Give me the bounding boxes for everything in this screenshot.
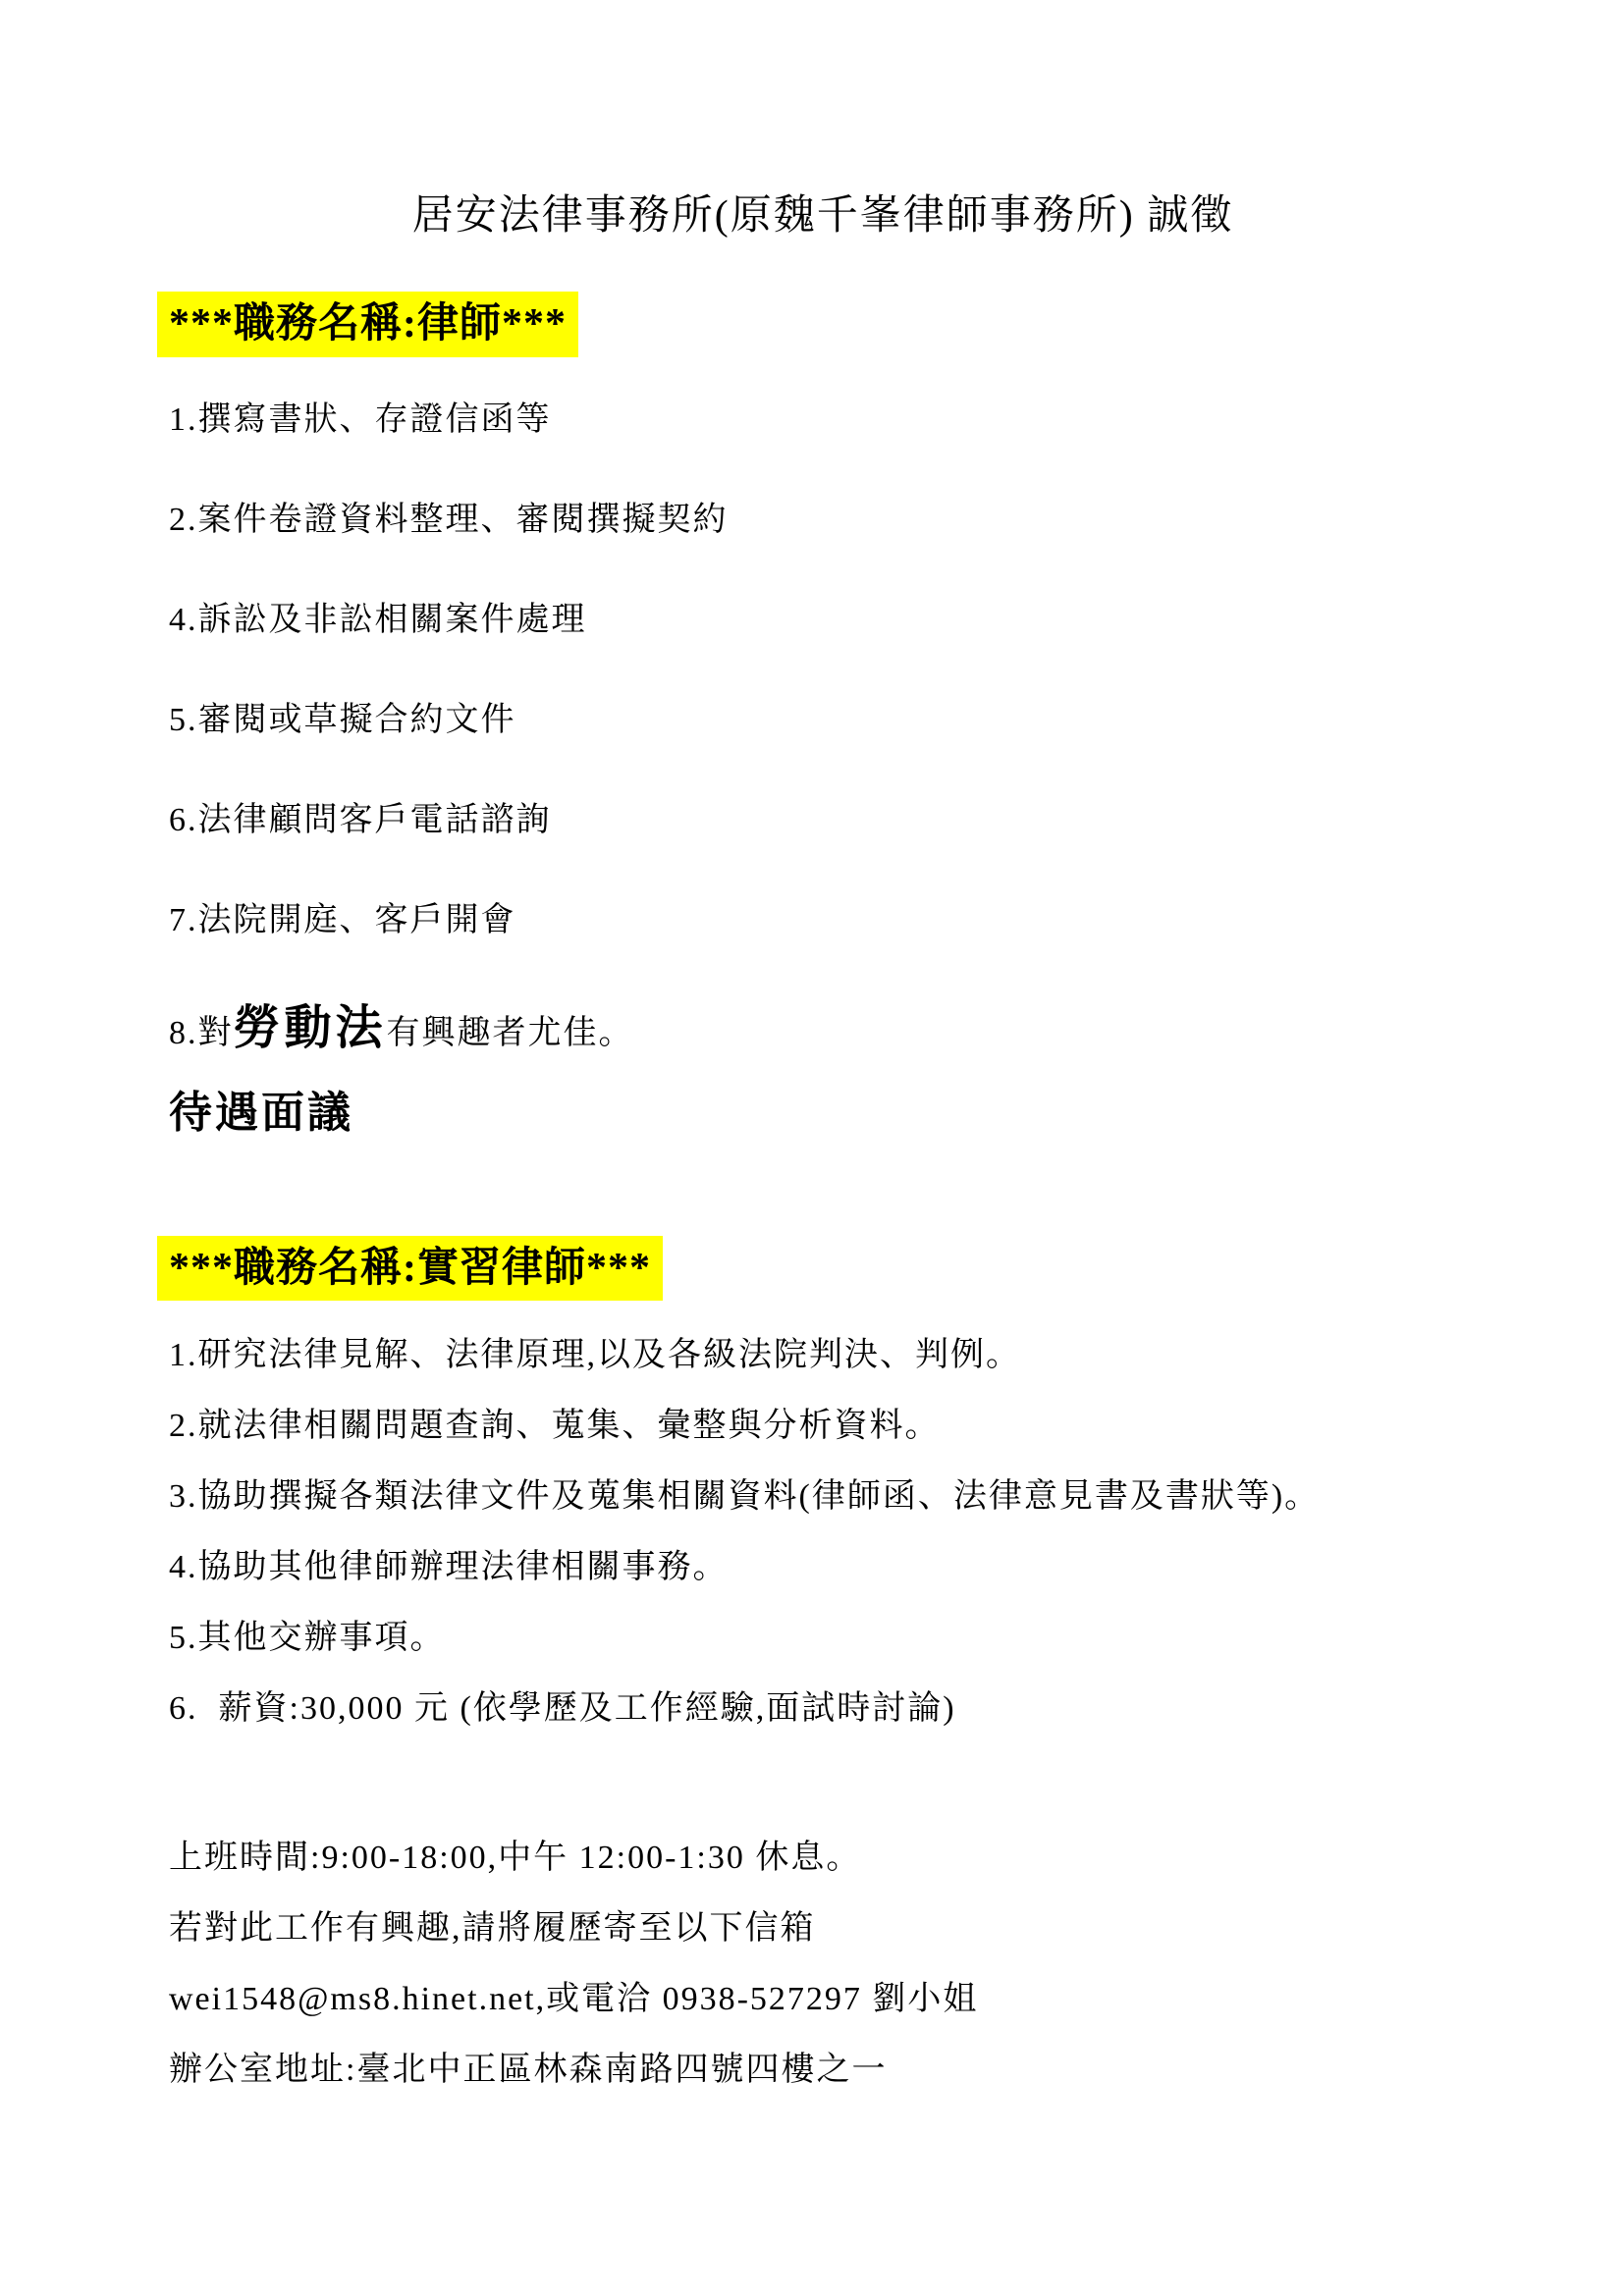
intern-job-title-highlight: ***職務名稱:實習律師***	[157, 1236, 663, 1302]
document-title: 居安法律事務所(原魏千峯律師事務所) 誠徵	[169, 191, 1477, 240]
intern-duty-item: 1.研究法律見解、法律原理,以及各級法院判決、判例。	[169, 1336, 1477, 1375]
contact-email-phone-line: wei1548@ms8.hinet.net,或電洽 0938-527297 劉小…	[169, 1980, 1477, 2019]
contact-info-block: 上班時間:9:00-18:00,中午 12:00-1:30 休息。 若對此工作有…	[169, 1839, 1477, 2090]
intern-heading-row: ***職務名稱:實習律師***	[169, 1236, 1477, 1302]
labor-law-emphasis: 勞動法	[234, 1002, 387, 1054]
intern-duty-item: 3.協助撰擬各類法律文件及蒐集相關資料(律師函、法律意見書及書狀等)。	[169, 1477, 1477, 1517]
document-page: 居安法律事務所(原魏千峯律師事務所) 誠徵 ***職務名稱:律師*** 1.撰寫…	[0, 0, 1624, 2296]
lawyer-job-title-highlight: ***職務名稱:律師***	[157, 292, 578, 357]
lawyer-duty-item: 1.撰寫書狀、存證信函等	[169, 400, 1477, 440]
apply-instructions-line: 若對此工作有興趣,請將履歷寄至以下信箱	[169, 1909, 1477, 1949]
intern-duty-item: 5.其他交辦事項。	[169, 1619, 1477, 1658]
intern-duty-list: 1.研究法律見解、法律原理,以及各級法院判決、判例。 2.就法律相關問題查詢、蒐…	[169, 1336, 1477, 1729]
intern-duty-item: 2.就法律相關問題查詢、蒐集、彙整與分析資料。	[169, 1407, 1477, 1446]
intern-duty-item: 6. 薪資:30,000 元 (依學歷及工作經驗,面試時討論)	[169, 1689, 1477, 1729]
intern-duty-item: 4.協助其他律師辦理法律相關事務。	[169, 1548, 1477, 1587]
lawyer-duty-item: 7.法院開庭、客戶開會	[169, 901, 1477, 940]
work-hours-line: 上班時間:9:00-18:00,中午 12:00-1:30 休息。	[169, 1839, 1477, 1878]
lawyer-duty-item: 2.案件卷證資料整理、審閱撰擬契約	[169, 501, 1477, 540]
labor-law-item-suffix: 有興趣者尤佳。	[387, 1015, 634, 1051]
lawyer-duty-item: 5.審閱或草擬合約文件	[169, 701, 1477, 740]
labor-law-item-prefix: 8.對	[169, 1015, 234, 1051]
lawyer-duty-item-labor-law: 8.對勞動法有興趣者尤佳。	[169, 1001, 1477, 1060]
lawyer-heading-row: ***職務名稱:律師***	[169, 292, 1477, 357]
office-address-line: 辦公室地址:臺北中正區林森南路四號四樓之一	[169, 2051, 1477, 2090]
lawyer-duty-item: 6.法律顧問客戶電話諮詢	[169, 801, 1477, 840]
lawyer-duty-item: 4.訴訟及非訟相關案件處理	[169, 601, 1477, 640]
salary-negotiable-heading: 待遇面議	[169, 1088, 1477, 1140]
lawyer-duty-list: 1.撰寫書狀、存證信函等 2.案件卷證資料整理、審閱撰擬契約 4.訴訟及非訟相關…	[169, 400, 1477, 940]
